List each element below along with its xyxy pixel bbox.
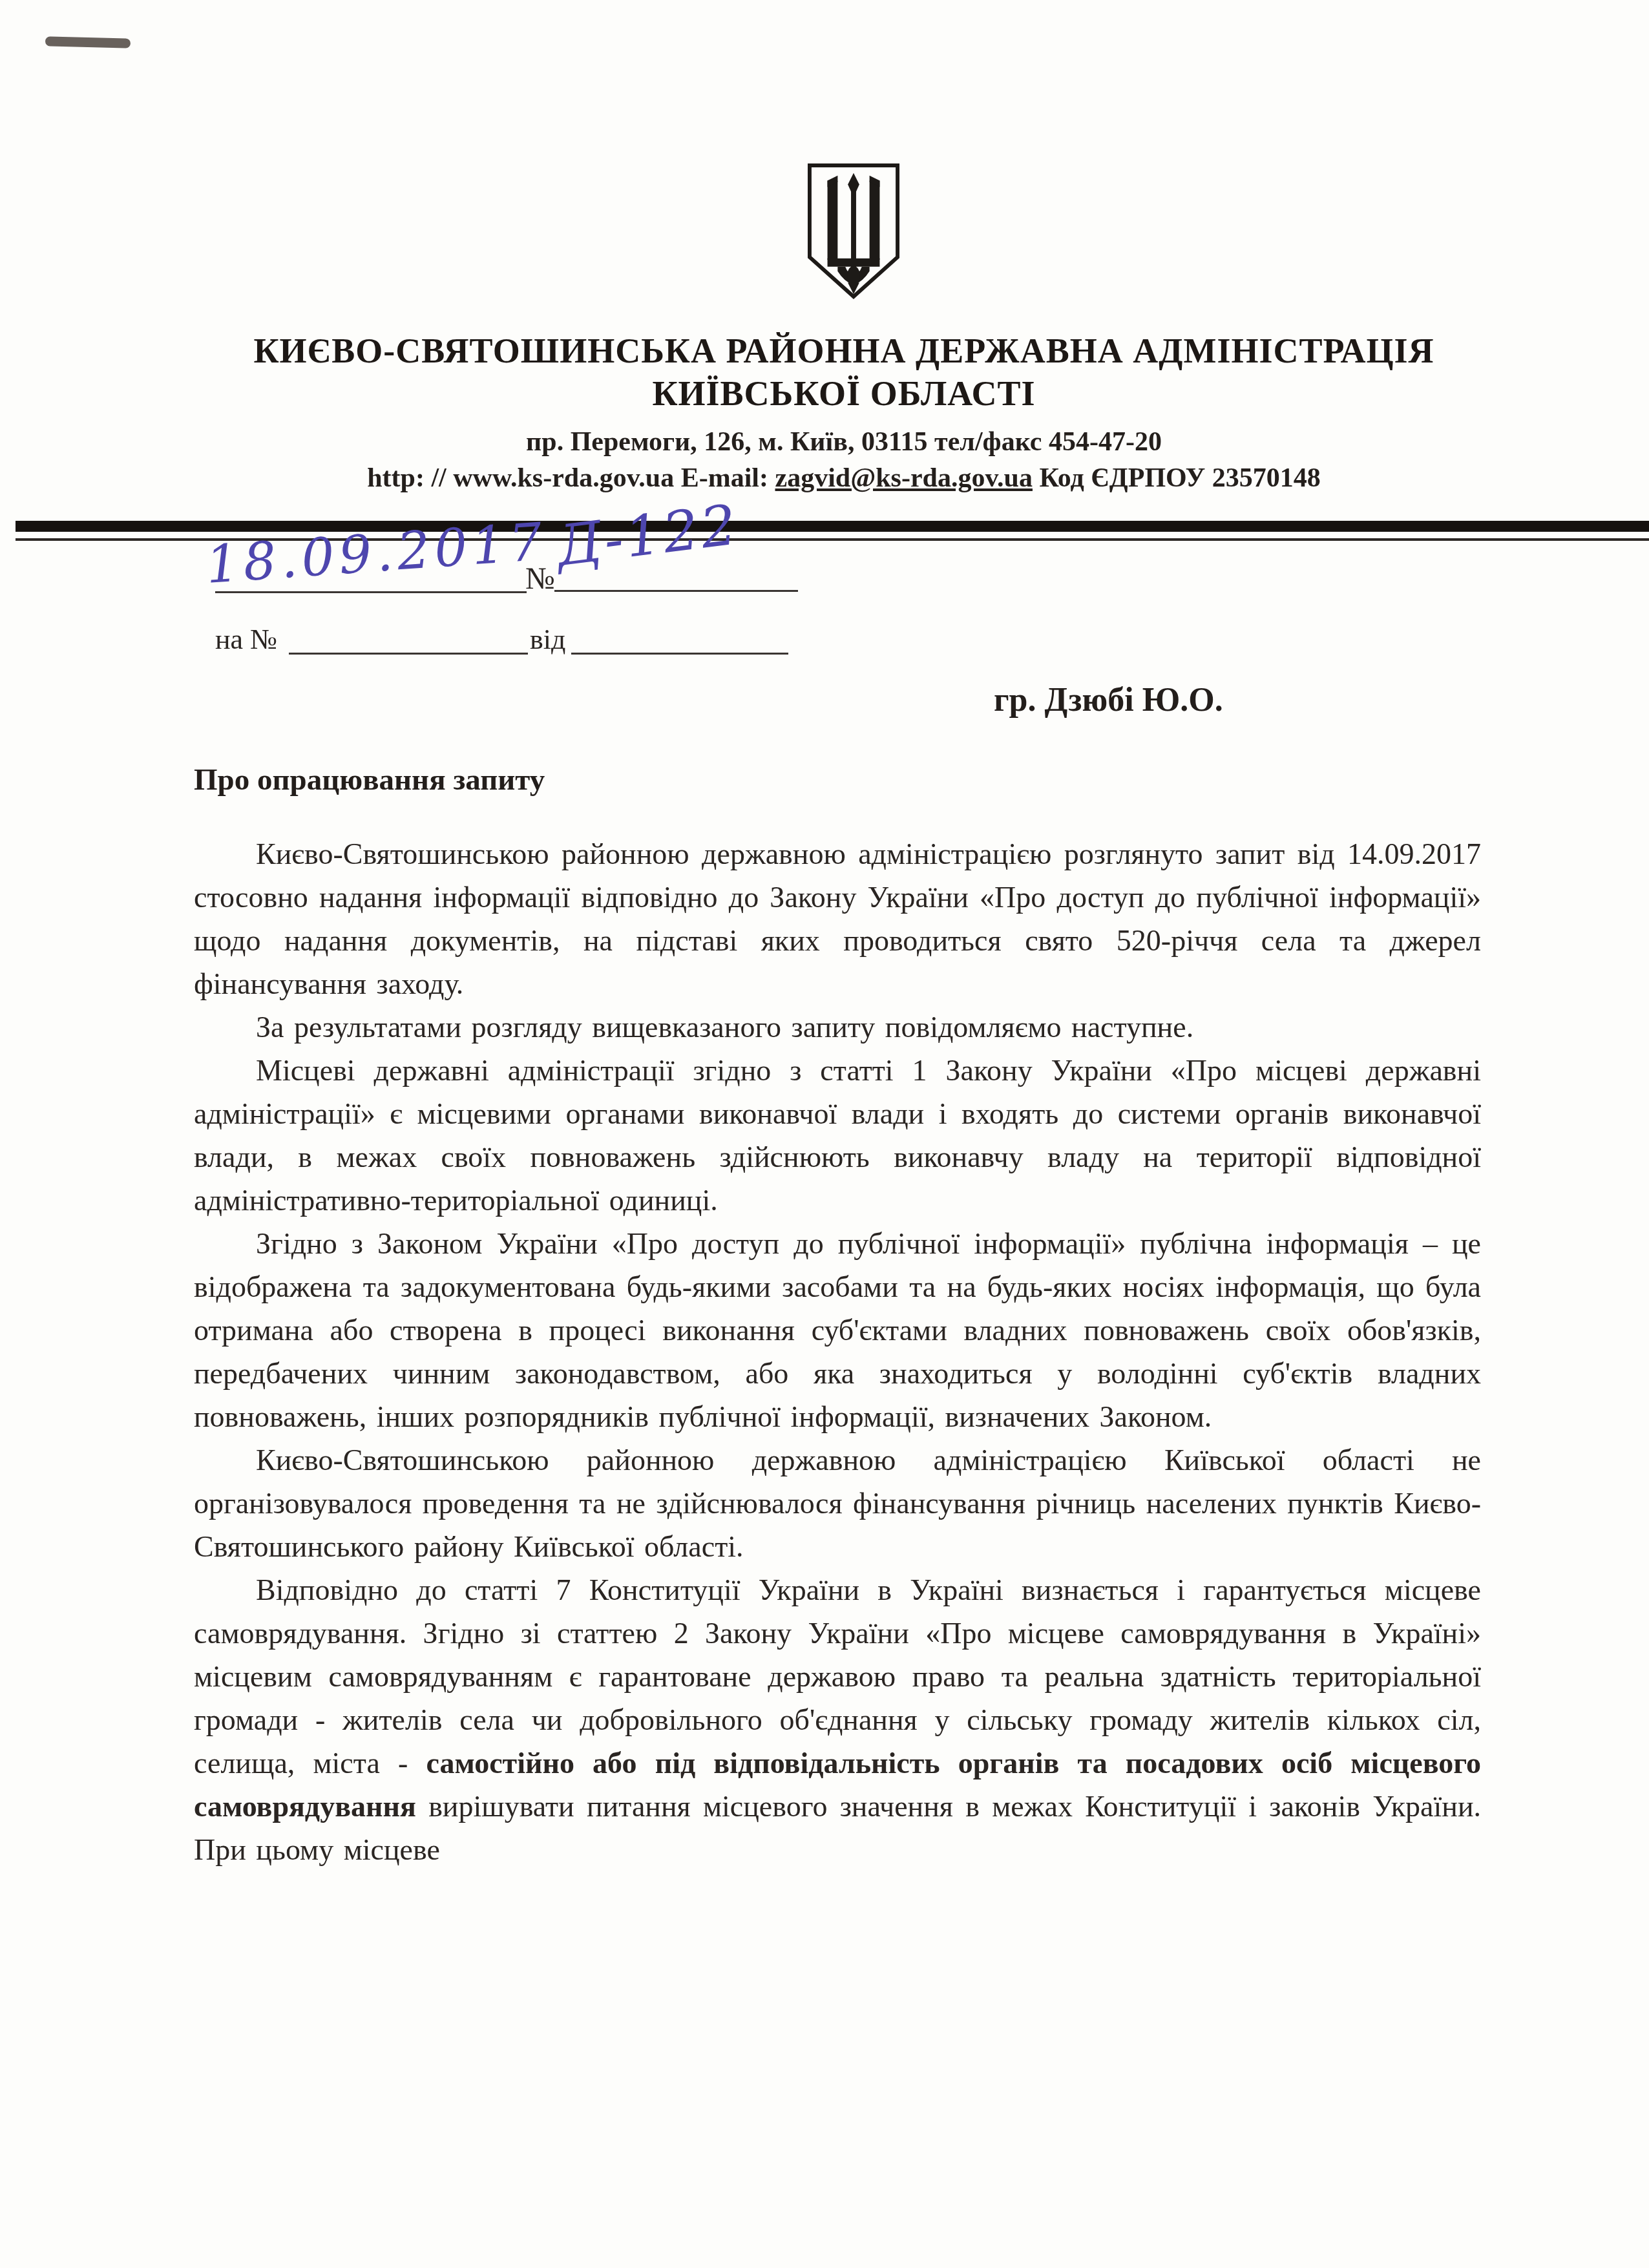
letterhead-divider-thick (16, 521, 1649, 532)
body-paragraph-6: Відповідно до статті 7 Конституції Украї… (194, 1568, 1481, 1871)
date-underline (215, 591, 527, 593)
org-name-line1: КИЄВО-СВЯТОШИНСЬКА РАЙОННА ДЕРЖАВНА АДМІ… (39, 331, 1649, 371)
number-sign-label: № (525, 561, 555, 596)
recipient-name: гр. Дзюбі Ю.О. (994, 681, 1223, 719)
handwritten-doc-number: Д-122 (553, 492, 742, 579)
body-paragraph-5: Києво-Святошинською районною державною а… (194, 1438, 1481, 1568)
org-website: http: // www.ks-rda.gov.ua (367, 463, 674, 493)
org-email: zagvid@ks-rda.gov.ua (775, 463, 1033, 493)
org-address-line: пр. Перемоги, 126, м. Київ, 03115 тел/фа… (39, 426, 1649, 457)
letter-body: Києво-Святошинською районною державною а… (194, 832, 1481, 1871)
org-name-line2: КИЇВСЬКОЇ ОБЛАСТІ (39, 373, 1649, 414)
email-label: E-mail: (681, 463, 768, 493)
reply-from-underline (571, 653, 788, 655)
body-paragraph-3: Місцеві державні адміністрації згідно з … (194, 1049, 1481, 1222)
reply-to-label: на № (215, 623, 277, 656)
org-edrpou-code: Код ЄДРПОУ 23570148 (1039, 463, 1320, 493)
subject-line: Про опрацювання запиту (194, 762, 545, 797)
body-paragraph-2: За результатами розгляду вищевказаного з… (194, 1005, 1481, 1049)
org-contacts-line: http: // www.ks-rda.gov.ua E-mail: zagvi… (39, 463, 1649, 494)
reply-to-underline (289, 653, 528, 655)
doc-number-underline (554, 590, 798, 592)
ukraine-tryzub-emblem-icon (806, 163, 901, 300)
reply-from-label: від (530, 623, 565, 656)
body-paragraph-4: Згідно з Законом України «Про доступ до … (194, 1222, 1481, 1438)
scanned-letter-page: КИЄВО-СВЯТОШИНСЬКА РАЙОННА ДЕРЖАВНА АДМІ… (0, 0, 1649, 2268)
scan-artifact-mark (45, 36, 131, 48)
body-paragraph-1: Києво-Святошинською районною державною а… (194, 832, 1481, 1005)
